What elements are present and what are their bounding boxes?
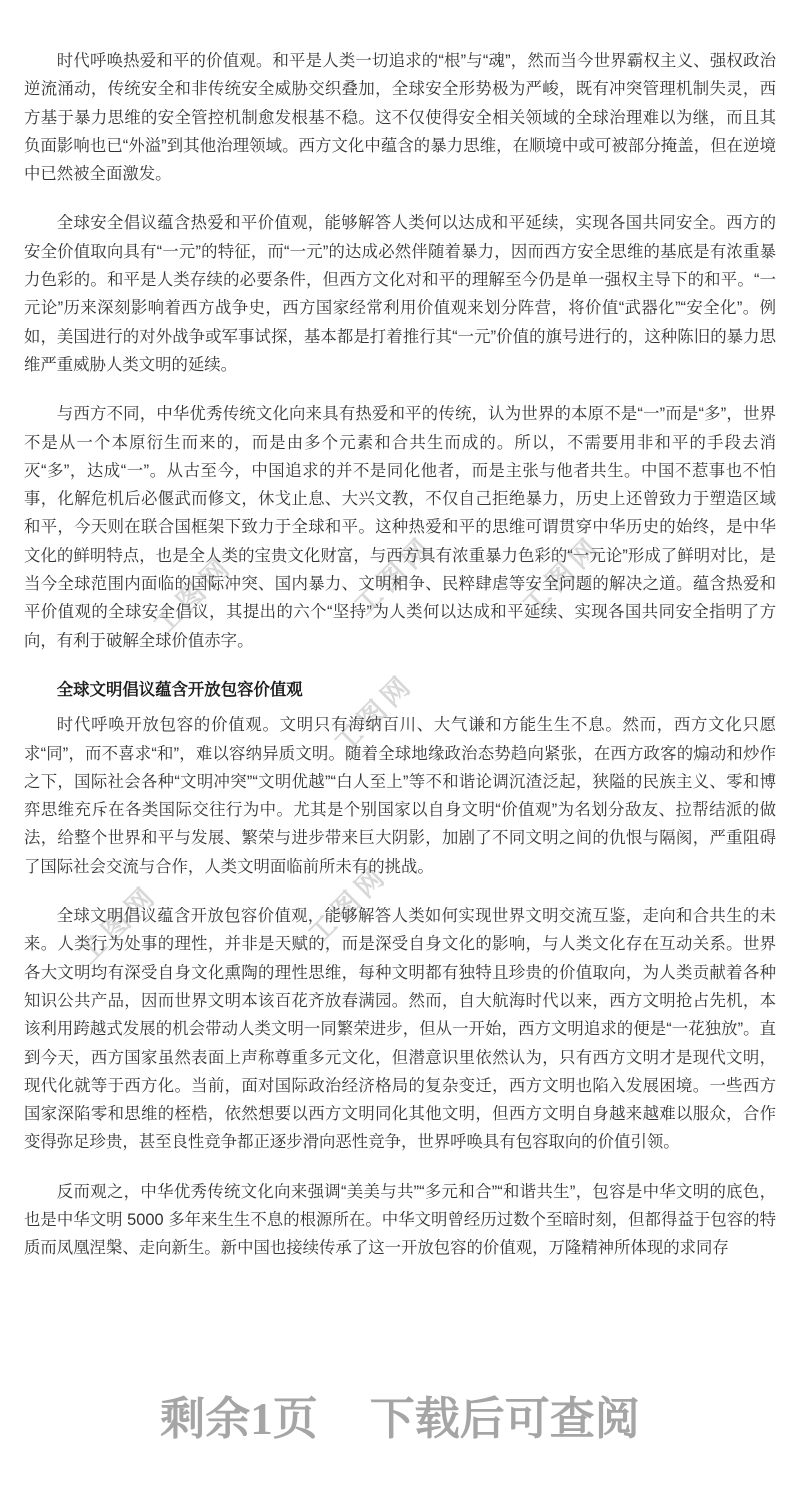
preview-footer: 剩余1页 下载后可查阅 <box>0 1392 800 1446</box>
pages-remaining-label: 剩余1页 <box>160 1392 318 1446</box>
download-notice-label: 下载后可查阅 <box>370 1392 640 1446</box>
paragraph: 全球文明倡议蕴含开放包容价值观，能够解答人类如何实现世界文明交流互鉴，走向和合共… <box>24 902 776 1157</box>
paragraph-truncated: 反而观之，中华优秀传统文化向来强调“美美与共”“多元和合”“和谐共生”，包容是中… <box>24 1178 776 1263</box>
paragraph: 时代呼唤开放包容的价值观。文明只有海纳百川、大气谦和方能生生不息。然而，西方文化… <box>24 711 776 881</box>
paragraph: 与西方不同，中华优秀传统文化向来具有热爱和平的传统，认为世界的本原不是“一”而是… <box>24 400 776 655</box>
paragraph: 全球安全倡议蕴含热爱和平价值观，能够解答人类何以达成和平延续，实现各国共同安全。… <box>24 209 776 379</box>
document-content: 时代呼唤热爱和平的价值观。和平是人类一切追求的“根”与“魂”，然而当今世界霸权主… <box>24 47 776 1284</box>
section-heading: 全球文明倡议蕴含开放包容价值观 <box>24 676 776 704</box>
document-page: 工图网 工图网 工图网 工图网 工图网 工图网 时代呼唤热爱和平的价值观。和平是… <box>0 0 800 1497</box>
paragraph: 时代呼唤热爱和平的价值观。和平是人类一切追求的“根”与“魂”，然而当今世界霸权主… <box>24 47 776 188</box>
